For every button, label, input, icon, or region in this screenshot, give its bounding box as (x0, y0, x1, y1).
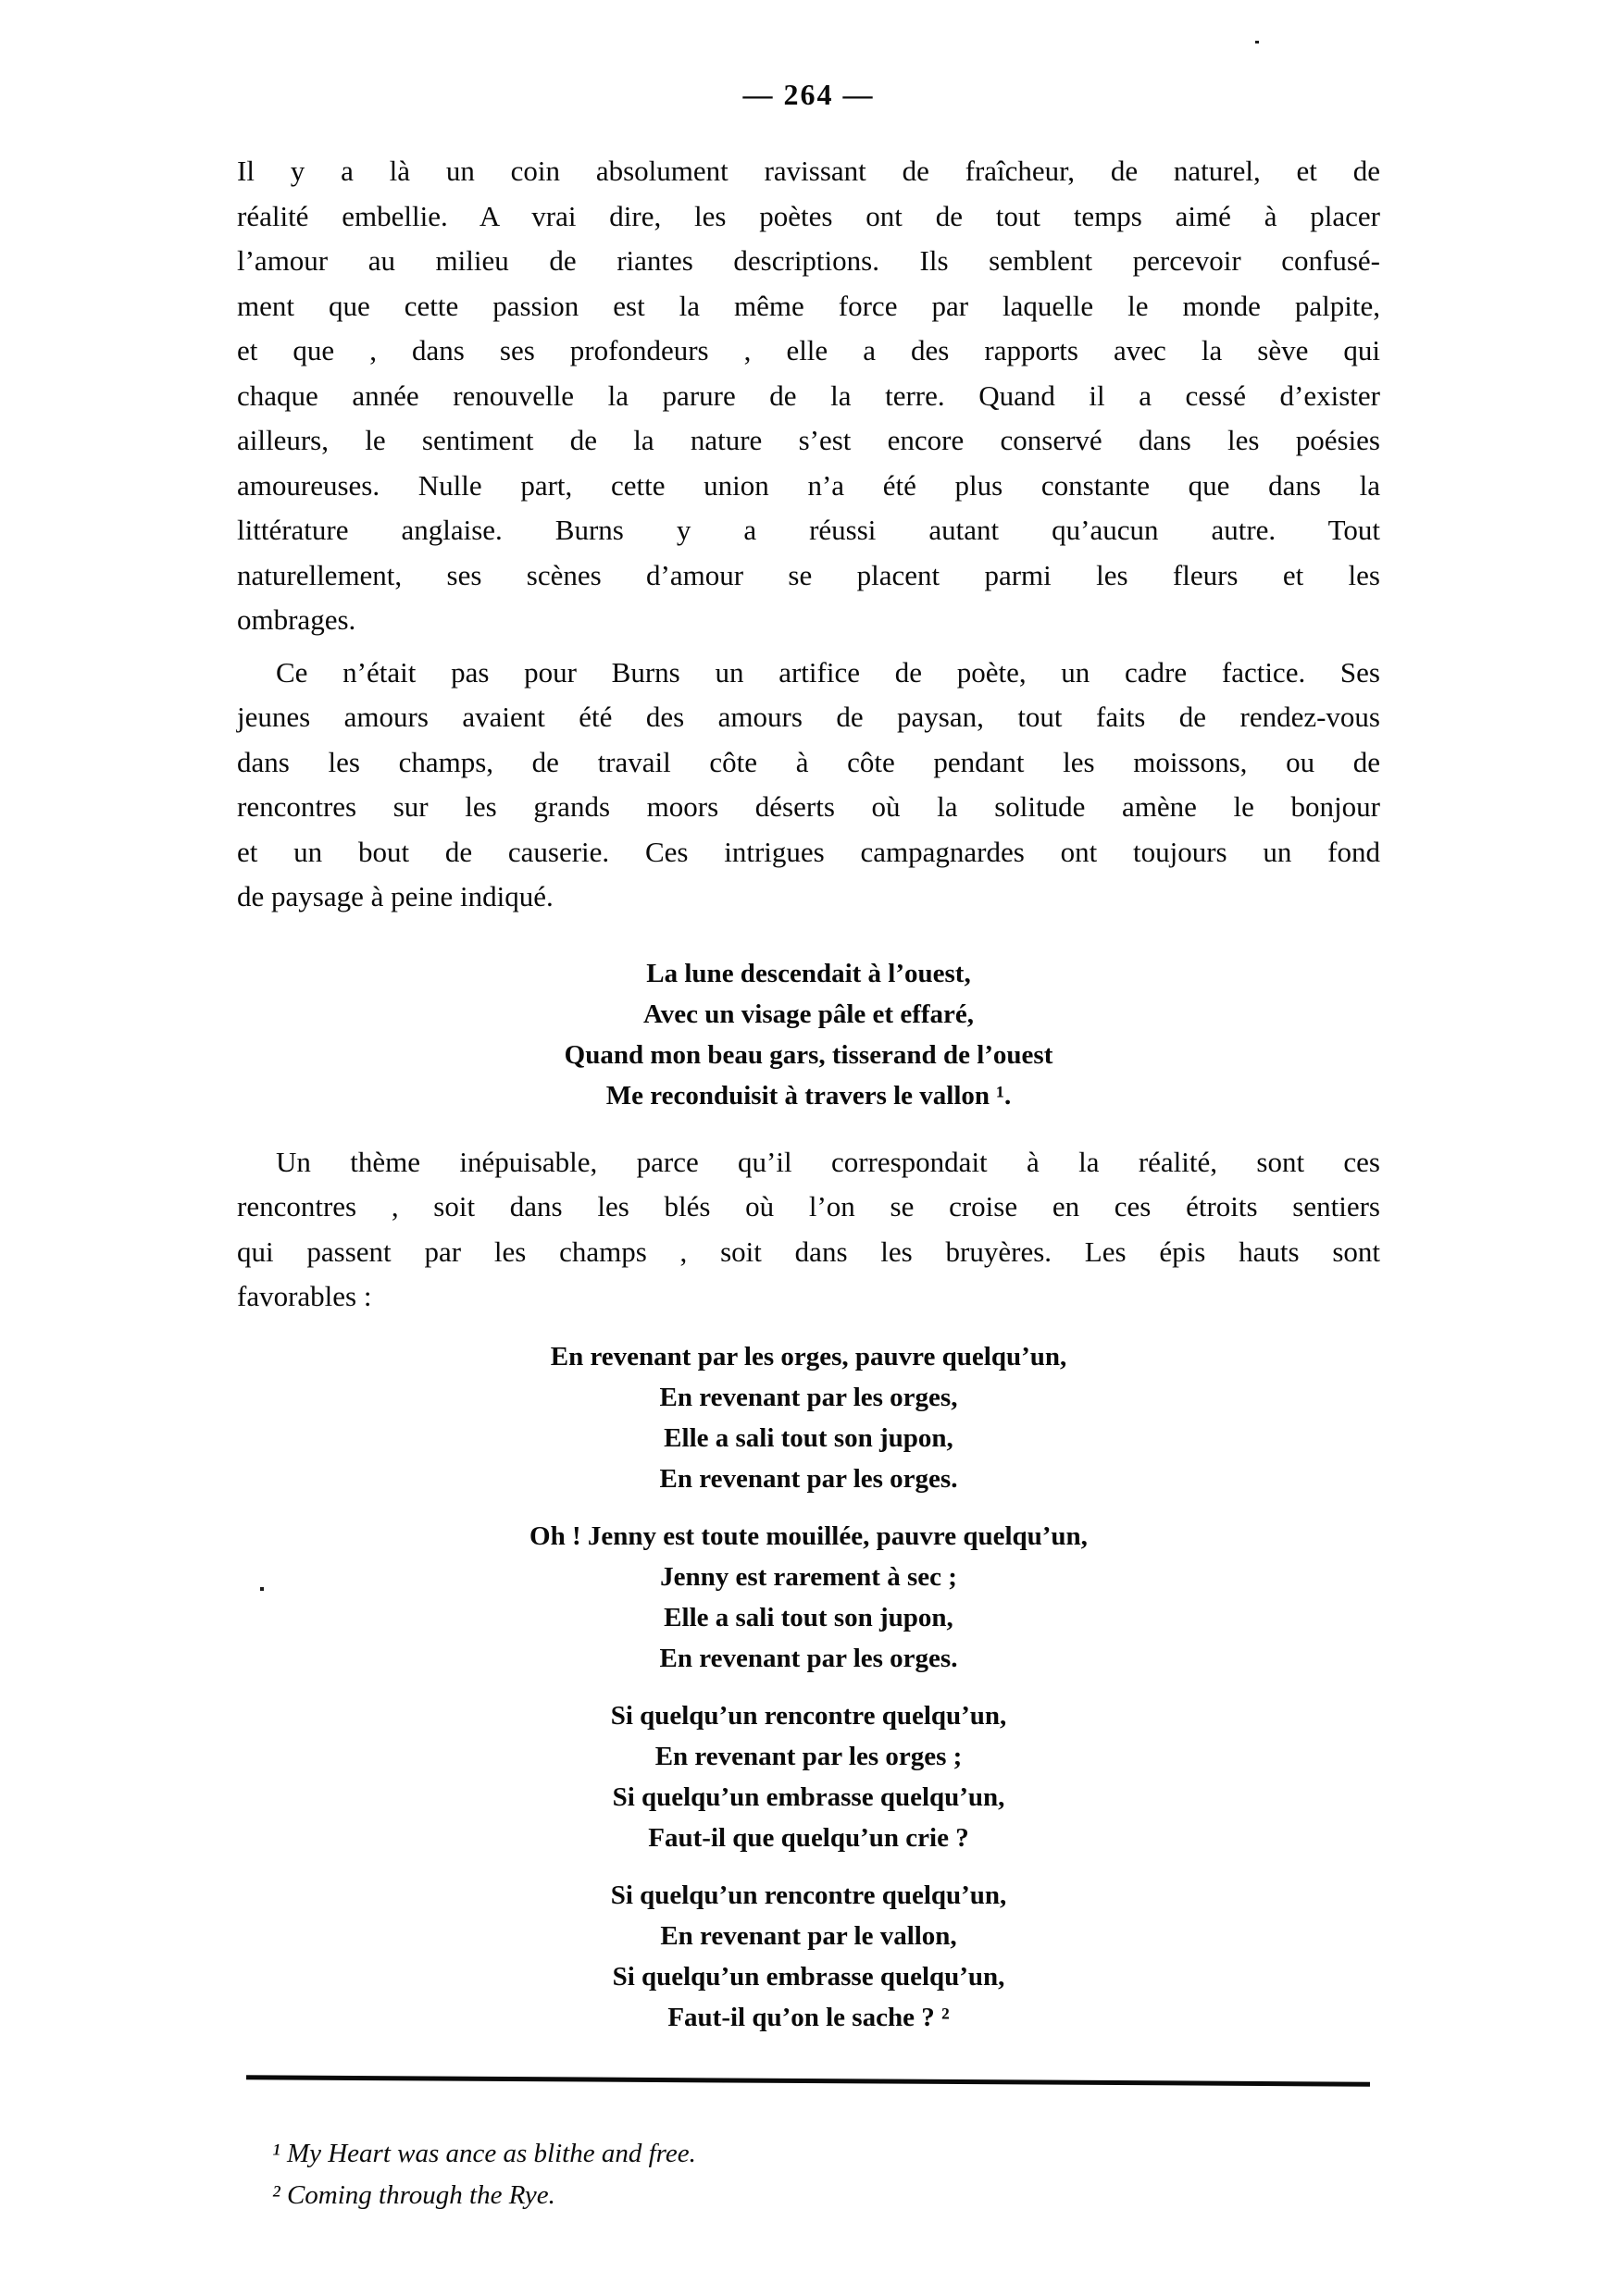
text-line: naturellement, ses scènes d’amour se pla… (237, 553, 1380, 599)
text-line: amoureuses. Nulle part, cette union n’a … (237, 464, 1380, 509)
book-page: — 264 — Il y a là un coin absolument rav… (0, 0, 1619, 2296)
text-line: Si quelqu’un rencontre quelqu’un, (237, 1695, 1380, 1736)
text-line: En revenant par les orges ; (237, 1736, 1380, 1777)
text-line: En revenant par les orges, pauvre quelqu… (237, 1336, 1380, 1377)
footnotes: ¹ My Heart was ance as blithe and free.²… (237, 2133, 1380, 2216)
stanza-4: Si quelqu’un rencontre quelqu’un,En reve… (237, 1875, 1380, 2038)
text-line: rencontres sur les grands moors déserts … (237, 785, 1380, 830)
text-line: Si quelqu’un rencontre quelqu’un, (237, 1875, 1380, 1916)
page-number: — 264 — (237, 0, 1380, 112)
paragraph-1: Il y a là un coin absolument ravissant d… (237, 149, 1380, 643)
text-line: et un bout de causerie. Ces intrigues ca… (237, 830, 1380, 875)
text-line: réalité embellie. A vrai dire, les poète… (237, 194, 1380, 240)
text-line: ombrages. (237, 598, 1380, 643)
text-line: En revenant par le vallon, (237, 1916, 1380, 1956)
text-line: rencontres , soit dans les blés où l’on … (237, 1185, 1380, 1230)
text-line: qui passent par les champs , soit dans l… (237, 1230, 1380, 1275)
text-line: chaque année renouvelle la parure de la … (237, 374, 1380, 419)
text-line: En revenant par les orges. (237, 1638, 1380, 1679)
text-line: Quand mon beau gars, tisserand de l’oues… (237, 1035, 1380, 1075)
text-line: Si quelqu’un embrasse quelqu’un, (237, 1777, 1380, 1818)
page-content: Il y a là un coin absolument ravissant d… (237, 149, 1380, 2216)
scan-speck (1255, 41, 1259, 43)
text-line: l’amour au milieu de riantes description… (237, 239, 1380, 284)
text-line: Avec un visage pâle et effaré, (237, 994, 1380, 1035)
text-line: ment que cette passion est la même force… (237, 284, 1380, 329)
text-line: Si quelqu’un embrasse quelqu’un, (237, 1956, 1380, 1997)
stanza-1: En revenant par les orges, pauvre quelqu… (237, 1336, 1380, 1499)
stanza-2: Oh ! Jenny est toute mouillée, pauvre qu… (237, 1516, 1380, 1679)
text-line: Un thème inépuisable, parce qu’il corres… (237, 1140, 1380, 1185)
text-line: Ce n’était pas pour Burns un artifice de… (237, 651, 1380, 696)
text-line: jeunes amours avaient été des amours de … (237, 695, 1380, 740)
text-line: Elle a sali tout son jupon, (237, 1597, 1380, 1638)
text-line: En revenant par les orges, (237, 1377, 1380, 1418)
text-line: Elle a sali tout son jupon, (237, 1418, 1380, 1458)
text-line: La lune descendait à l’ouest, (237, 953, 1380, 994)
text-line: dans les champs, de travail côte à côte … (237, 740, 1380, 786)
text-line: Oh ! Jenny est toute mouillée, pauvre qu… (237, 1516, 1380, 1557)
text-line: ¹ My Heart was ance as blithe and free. (272, 2133, 1380, 2175)
text-line: Faut-il qu’on le sache ? ² (237, 1997, 1380, 2038)
footnote-rule (246, 2075, 1370, 2086)
paragraph-2: Ce n’était pas pour Burns un artifice de… (237, 651, 1380, 920)
scan-speck (260, 1587, 264, 1591)
text-line: Il y a là un coin absolument ravissant d… (237, 149, 1380, 194)
text-line: ailleurs, le sentiment de la nature s’es… (237, 418, 1380, 464)
text-line: Faut-il que quelqu’un crie ? (237, 1818, 1380, 1858)
text-line: littérature anglaise. Burns y a réussi a… (237, 508, 1380, 553)
paragraph-3: Un thème inépuisable, parce qu’il corres… (237, 1140, 1380, 1320)
text-line: favorables : (237, 1274, 1380, 1320)
text-line: ² Coming through the Rye. (272, 2175, 1380, 2216)
verse-quote-1: La lune descendait à l’ouest,Avec un vis… (237, 953, 1380, 1116)
text-line: et que , dans ses profondeurs , elle a d… (237, 329, 1380, 374)
text-line: En revenant par les orges. (237, 1458, 1380, 1499)
text-line: Jenny est rarement à sec ; (237, 1557, 1380, 1597)
stanza-3: Si quelqu’un rencontre quelqu’un,En reve… (237, 1695, 1380, 1858)
text-line: de paysage à peine indiqué. (237, 875, 1380, 920)
text-line: Me reconduisit à travers le vallon ¹. (237, 1075, 1380, 1116)
